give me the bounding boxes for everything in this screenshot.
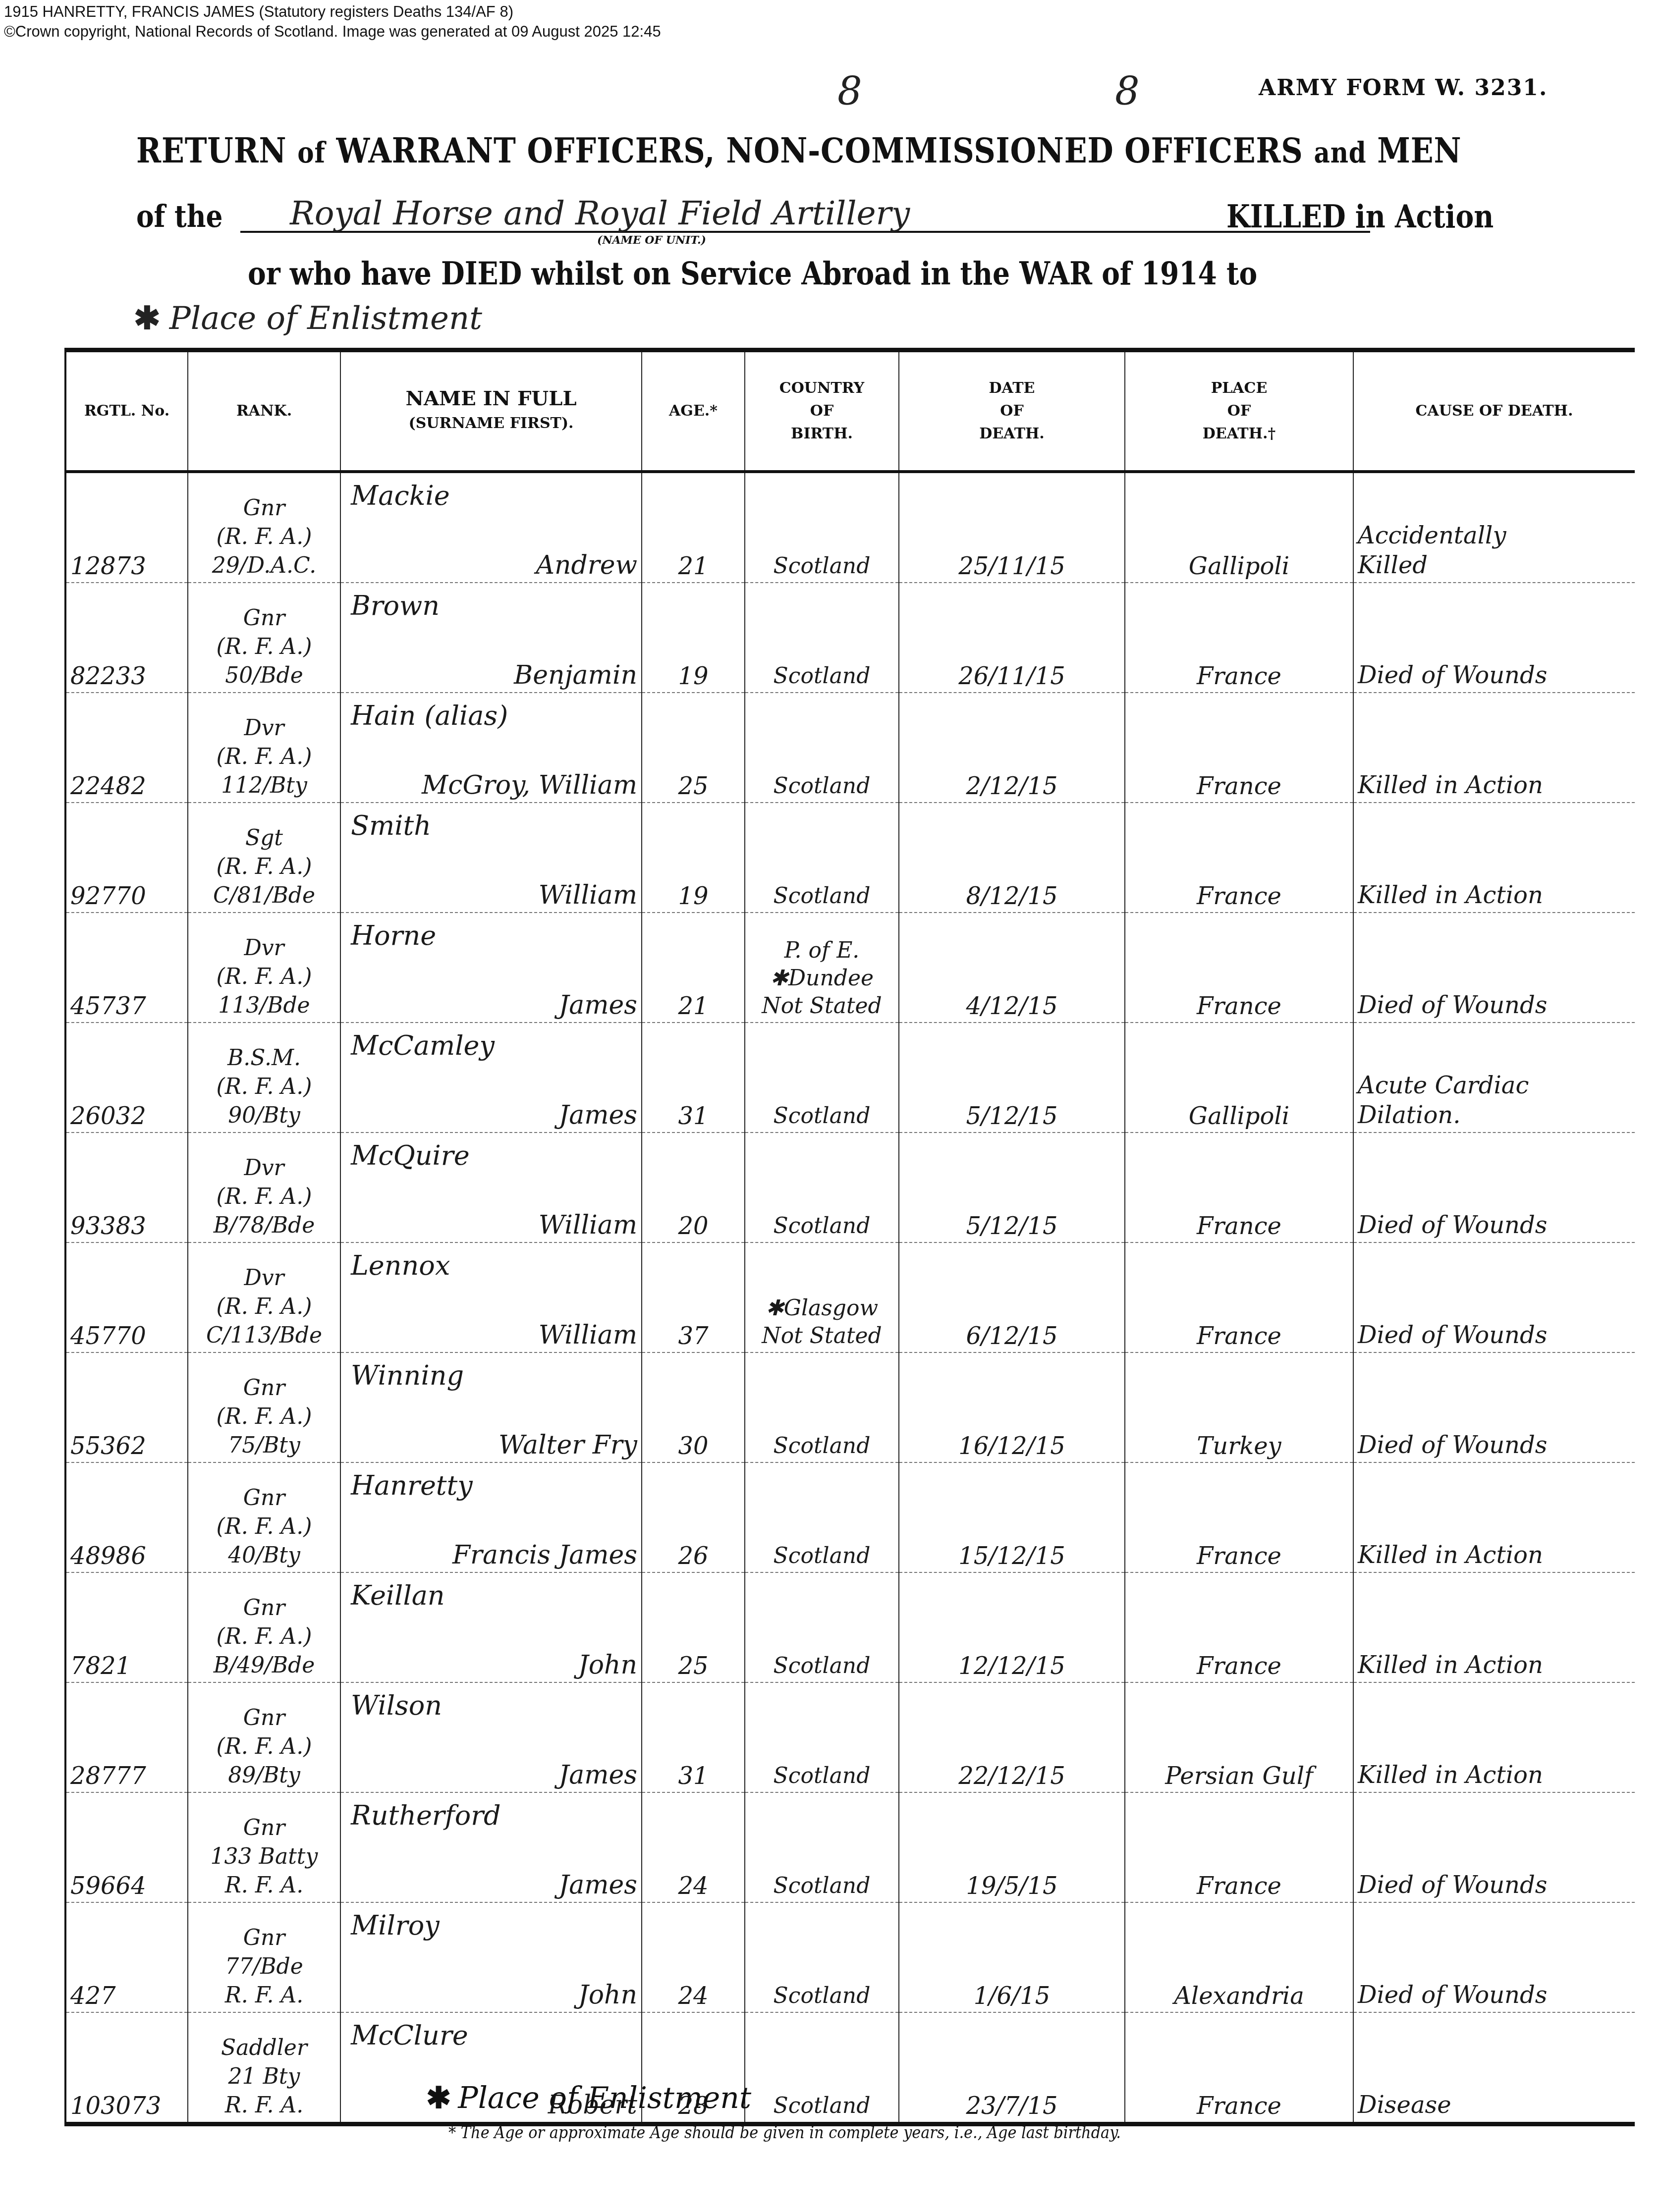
- page-number-right: 8: [1115, 69, 1140, 114]
- cause-line-2: Killed: [1358, 550, 1631, 580]
- place-value: Gallipoli: [1189, 1102, 1289, 1130]
- cell-rank: B.S.M.(R. F. A.)90/Bty: [188, 1023, 340, 1133]
- rank-line-3: R. F. A.: [192, 2091, 336, 2120]
- cell-age: 20: [642, 1133, 745, 1242]
- cell-age: 24: [642, 1902, 745, 2012]
- forename-value: John: [345, 1980, 637, 2010]
- surname-value: Brown: [351, 590, 440, 621]
- rank-line-2: (R. F. A.): [192, 1183, 336, 1211]
- cell-date: 23/7/15: [899, 2012, 1125, 2124]
- cell-rgtl-no: 45737: [65, 913, 188, 1023]
- cell-cause: Killed in Action: [1353, 1682, 1635, 1792]
- cell-country: ✱GlasgowNot Stated: [745, 1242, 899, 1352]
- rank-line-1: Dvr: [192, 1154, 336, 1183]
- rank-line-3: R. F. A.: [192, 1871, 336, 1900]
- rank-line-1: Gnr: [192, 1924, 336, 1952]
- date-value: 1/6/15: [974, 1982, 1051, 2010]
- cell-place: Gallipoli: [1125, 1023, 1353, 1133]
- rgtl-no-value: 12873: [70, 552, 146, 580]
- rgtl-no-value: 93383: [70, 1212, 146, 1240]
- cell-rgtl-no: 103073: [65, 2012, 188, 2124]
- cell-cause: Died of Wounds: [1353, 583, 1635, 693]
- header-date-l1: DATE: [989, 379, 1035, 397]
- cell-name: MackieAndrew: [340, 472, 642, 583]
- cell-cause: Killed in Action: [1353, 1462, 1635, 1572]
- surname-value: Keillan: [351, 1580, 445, 1611]
- header-cause: CAUSE OF DEATH.: [1353, 350, 1635, 472]
- footer-enlistment-text: Place of Enlistment: [458, 2081, 751, 2115]
- rank-line-1: Gnr: [192, 1594, 336, 1622]
- forename-value: Walter Fry: [345, 1430, 637, 1460]
- cell-rank: Gnr(R. F. A.)B/49/Bde: [188, 1572, 340, 1682]
- title-of: of: [297, 136, 325, 169]
- rank-line-2: (R. F. A.): [192, 633, 336, 661]
- age-value: 21: [678, 992, 708, 1020]
- rank-line-2: (R. F. A.): [192, 743, 336, 771]
- cell-date: 1/6/15: [899, 1902, 1125, 2012]
- surname-value: Lennox: [351, 1250, 450, 1281]
- forename-value: James: [345, 1870, 637, 1900]
- cell-rgtl-no: 22482: [65, 693, 188, 803]
- cell-cause: Killed in Action: [1353, 693, 1635, 803]
- cause-line-2: Dilation.: [1358, 1100, 1631, 1130]
- cause-line-1: Acute Cardiac: [1358, 1071, 1631, 1100]
- cell-country: Scotland: [745, 2012, 899, 2124]
- place-value: France: [1197, 2092, 1281, 2120]
- place-value: France: [1197, 882, 1281, 910]
- cell-date: 8/12/15: [899, 803, 1125, 913]
- cause-line-1: Died of Wounds: [1358, 1980, 1631, 2010]
- asterisk-icon: ✱: [134, 300, 161, 337]
- form-title-line1: RETURN of WARRANT OFFICERS, NON-COMMISSI…: [136, 130, 1461, 171]
- country-line-2: ✱Dundee: [749, 965, 894, 992]
- cell-country: Scotland: [745, 1792, 899, 1902]
- rank-line-1: Gnr: [192, 494, 336, 523]
- cell-date: 26/11/15: [899, 583, 1125, 693]
- rgtl-no-value: 45737: [70, 992, 146, 1020]
- age-value: 25: [678, 772, 708, 800]
- country-line-1: Scotland: [749, 1762, 894, 1790]
- header-country-l2: OF: [810, 402, 833, 420]
- age-value: 20: [678, 1212, 708, 1240]
- rgtl-no-value: 59664: [70, 1872, 146, 1900]
- date-value: 23/7/15: [966, 2092, 1057, 2120]
- cell-date: 19/5/15: [899, 1792, 1125, 1902]
- cell-country: Scotland: [745, 1133, 899, 1242]
- age-value: 19: [678, 662, 708, 690]
- header-country-l1: COUNTRY: [779, 379, 864, 397]
- cell-place: France: [1125, 693, 1353, 803]
- table-row: 22482 Dvr(R. F. A.)112/Bty Hain (alias)M…: [65, 693, 1635, 803]
- surname-value: McClure: [351, 2020, 468, 2051]
- age-value: 24: [678, 1982, 708, 2010]
- table-row: 427 Gnr77/BdeR. F. A. MilroyJohn 24 Scot…: [65, 1902, 1635, 2012]
- cell-rank: Gnr(R. F. A.)75/Bty: [188, 1352, 340, 1462]
- header-place-l1: PLACE: [1211, 379, 1268, 397]
- cause-line-1: Died of Wounds: [1358, 1210, 1631, 1240]
- cell-country: Scotland: [745, 693, 899, 803]
- rank-line-1: Gnr: [192, 1484, 336, 1512]
- cell-rgtl-no: 82233: [65, 583, 188, 693]
- age-value: 24: [678, 1872, 708, 1900]
- cell-rgtl-no: 92770: [65, 803, 188, 913]
- rgtl-no-value: 55362: [70, 1432, 146, 1460]
- age-value: 31: [678, 1762, 708, 1790]
- age-value: 37: [678, 1322, 708, 1350]
- date-value: 4/12/15: [966, 992, 1057, 1020]
- header-age: AGE.*: [642, 350, 745, 472]
- cell-date: 6/12/15: [899, 1242, 1125, 1352]
- table-row: 92770 Sgt(R. F. A.)C/81/Bde SmithWilliam…: [65, 803, 1635, 913]
- cell-date: 16/12/15: [899, 1352, 1125, 1462]
- rgtl-no-value: 103073: [70, 2092, 161, 2120]
- country-line-2: Not Stated: [749, 1322, 894, 1350]
- cell-rgtl-no: 55362: [65, 1352, 188, 1462]
- header-name: NAME IN FULL(SURNAME FIRST).: [340, 350, 642, 472]
- cell-age: 31: [642, 1023, 745, 1133]
- title-officers: WARRANT OFFICERS, NON-COMMISSIONED OFFIC…: [336, 130, 1303, 171]
- cell-place: France: [1125, 803, 1353, 913]
- cell-rank: Sgt(R. F. A.)C/81/Bde: [188, 803, 340, 913]
- cell-name: LennoxWilliam: [340, 1242, 642, 1352]
- rank-line-1: Gnr: [192, 1814, 336, 1842]
- rank-line-1: Gnr: [192, 604, 336, 633]
- rank-line-3: R. F. A.: [192, 1981, 336, 2010]
- cell-age: 37: [642, 1242, 745, 1352]
- cause-line-1: Died of Wounds: [1358, 990, 1631, 1020]
- cell-place: Alexandria: [1125, 1902, 1353, 2012]
- casualty-register-table: RGTL. No. RANK. NAME IN FULL(SURNAME FIR…: [64, 348, 1635, 2126]
- age-value: 19: [678, 882, 708, 910]
- date-value: 5/12/15: [966, 1212, 1057, 1240]
- rank-line-3: 75/Bty: [192, 1431, 336, 1460]
- header-rank: RANK.: [188, 350, 340, 472]
- cell-name: McCamleyJames: [340, 1023, 642, 1133]
- rank-line-3: 113/Bde: [192, 991, 336, 1020]
- cell-country: Scotland: [745, 1572, 899, 1682]
- header-date-l3: DEATH.: [979, 425, 1045, 442]
- enlistment-note: ✱Place of Enlistment: [134, 300, 482, 337]
- date-value: 2/12/15: [966, 772, 1057, 800]
- surname-value: Smith: [351, 810, 431, 841]
- cell-rank: Dvr(R. F. A.)113/Bde: [188, 913, 340, 1023]
- cell-name: BrownBenjamin: [340, 583, 642, 693]
- place-value: France: [1197, 1542, 1281, 1570]
- table-row: 93383 Dvr(R. F. A.)B/78/Bde McQuireWilli…: [65, 1133, 1635, 1242]
- cell-date: 12/12/15: [899, 1572, 1125, 1682]
- cell-date: 2/12/15: [899, 693, 1125, 803]
- cell-age: 25: [642, 1572, 745, 1682]
- date-value: 19/5/15: [966, 1872, 1057, 1900]
- cell-place: Persian Gulf: [1125, 1682, 1353, 1792]
- rank-line-2: 133 Batty: [192, 1842, 336, 1871]
- forename-value: Francis James: [345, 1540, 637, 1570]
- cell-country: Scotland: [745, 472, 899, 583]
- cell-cause: Died of Wounds: [1353, 1902, 1635, 2012]
- cell-rgtl-no: 26032: [65, 1023, 188, 1133]
- cell-country: Scotland: [745, 803, 899, 913]
- cell-cause: Killed in Action: [1353, 1572, 1635, 1682]
- cell-rank: Gnr(R. F. A.)89/Bty: [188, 1682, 340, 1792]
- cell-rgtl-no: 93383: [65, 1133, 188, 1242]
- cell-rank: Dvr(R. F. A.)C/113/Bde: [188, 1242, 340, 1352]
- rgtl-no-value: 26032: [70, 1102, 146, 1130]
- age-value: 31: [678, 1102, 708, 1130]
- country-line-1: Scotland: [749, 1872, 894, 1900]
- cause-line-1: Killed in Action: [1358, 880, 1631, 910]
- cell-rank: Dvr(R. F. A.)B/78/Bde: [188, 1133, 340, 1242]
- form-number: ARMY FORM W. 3231.: [1259, 75, 1548, 101]
- cell-date: 5/12/15: [899, 1133, 1125, 1242]
- cause-line-1: Died of Wounds: [1358, 660, 1631, 690]
- rgtl-no-value: 92770: [70, 882, 146, 910]
- header-date: DATEOFDEATH.: [899, 350, 1125, 472]
- cell-country: Scotland: [745, 1352, 899, 1462]
- cell-age: 24: [642, 1792, 745, 1902]
- cell-name: MilroyJohn: [340, 1902, 642, 2012]
- rgtl-no-value: 7821: [70, 1652, 131, 1680]
- cell-name: WinningWalter Fry: [340, 1352, 642, 1462]
- cell-cause: Died of Wounds: [1353, 1242, 1635, 1352]
- rank-line-3: 40/Bty: [192, 1541, 336, 1570]
- surname-value: Milroy: [351, 1910, 440, 1941]
- cell-name: SmithWilliam: [340, 803, 642, 913]
- cell-cause: AccidentallyKilled: [1353, 472, 1635, 583]
- cause-line-1: Died of Wounds: [1358, 1870, 1631, 1900]
- cell-name: HorneJames: [340, 913, 642, 1023]
- rank-line-3: 90/Bty: [192, 1101, 336, 1130]
- surname-value: Hain (alias): [351, 700, 508, 731]
- cell-rgtl-no: 7821: [65, 1572, 188, 1682]
- country-line-1: Scotland: [749, 882, 894, 910]
- date-value: 5/12/15: [966, 1102, 1057, 1130]
- cell-cause: Died of Wounds: [1353, 913, 1635, 1023]
- cause-line-1: Died of Wounds: [1358, 1430, 1631, 1460]
- cell-cause: Died of Wounds: [1353, 1352, 1635, 1462]
- table-header-row: RGTL. No. RANK. NAME IN FULL(SURNAME FIR…: [65, 350, 1635, 472]
- country-line-1: Scotland: [749, 1432, 894, 1460]
- cell-name: Hain (alias)McGroy, William: [340, 693, 642, 803]
- rank-line-3: C/113/Bde: [192, 1321, 336, 1350]
- rank-line-3: 112/Bty: [192, 771, 336, 800]
- cell-place: Turkey: [1125, 1352, 1353, 1462]
- rgtl-no-value: 22482: [70, 772, 146, 800]
- forename-value: Benjamin: [345, 660, 637, 690]
- cause-line-1: Killed in Action: [1358, 770, 1631, 800]
- country-line-1: Scotland: [749, 662, 894, 690]
- place-value: Persian Gulf: [1165, 1762, 1313, 1790]
- country-line-1: Scotland: [749, 1102, 894, 1130]
- rank-line-2: (R. F. A.): [192, 1732, 336, 1761]
- table-row: 82233 Gnr(R. F. A.)50/Bde BrownBenjamin …: [65, 583, 1635, 693]
- unit-name-caption: (NAME OF UNIT.): [597, 234, 706, 247]
- table-row: 12873 Gnr(R. F. A.)29/D.A.C. MackieAndre…: [65, 472, 1635, 583]
- record-title: 1915 HANRETTY, FRANCIS JAMES (Statutory …: [4, 2, 661, 22]
- rank-line-2: (R. F. A.): [192, 1512, 336, 1541]
- rank-line-3: B/78/Bde: [192, 1211, 336, 1240]
- surname-value: Hanretty: [351, 1470, 473, 1501]
- cell-rank: Saddler21 BtyR. F. A.: [188, 2012, 340, 2124]
- table-row: 28777 Gnr(R. F. A.)89/Bty WilsonJames 31…: [65, 1682, 1635, 1792]
- rgtl-no-value: 427: [70, 1982, 116, 2010]
- cell-name: WilsonJames: [340, 1682, 642, 1792]
- table-row: 55362 Gnr(R. F. A.)75/Bty WinningWalter …: [65, 1352, 1635, 1462]
- forename-value: William: [345, 1210, 637, 1240]
- cause-line-1: Accidentally: [1358, 521, 1631, 550]
- cause-line-1: Killed in Action: [1358, 1760, 1631, 1790]
- cell-rgtl-no: 28777: [65, 1682, 188, 1792]
- killed-label: KILLED: [1226, 198, 1346, 235]
- surname-value: McQuire: [351, 1140, 470, 1171]
- date-value: 22/12/15: [958, 1762, 1065, 1790]
- country-line-1: Scotland: [749, 1542, 894, 1570]
- cell-rgtl-no: 427: [65, 1902, 188, 2012]
- footer-age-note: * The Age or approximate Age should be g…: [448, 2123, 1121, 2142]
- rank-line-2: (R. F. A.): [192, 963, 336, 991]
- cell-country: Scotland: [745, 1902, 899, 2012]
- forename-value: James: [345, 1760, 637, 1790]
- cell-cause: Killed in Action: [1353, 803, 1635, 913]
- rgtl-no-value: 48986: [70, 1542, 146, 1570]
- cell-age: 19: [642, 803, 745, 913]
- table-row: 7821 Gnr(R. F. A.)B/49/Bde KeillanJohn 2…: [65, 1572, 1635, 1682]
- cell-age: 21: [642, 472, 745, 583]
- table-body: 12873 Gnr(R. F. A.)29/D.A.C. MackieAndre…: [65, 472, 1635, 2124]
- surname-value: Rutherford: [351, 1800, 501, 1831]
- cell-cause: Disease: [1353, 2012, 1635, 2124]
- header-place-l2: OF: [1227, 402, 1251, 420]
- rank-line-1: Saddler: [192, 2034, 336, 2062]
- forename-value: John: [345, 1650, 637, 1680]
- forename-value: James: [345, 990, 637, 1020]
- rank-line-1: Sgt: [192, 824, 336, 853]
- country-line-1: P. of E.: [749, 937, 894, 965]
- header-name-line2: (SURNAME FIRST).: [408, 415, 573, 432]
- rank-line-3: 29/D.A.C.: [192, 551, 336, 580]
- place-value: Alexandria: [1174, 1982, 1304, 2010]
- cause-line-1: Killed in Action: [1358, 1540, 1631, 1570]
- date-value: 25/11/15: [958, 552, 1065, 580]
- date-value: 16/12/15: [958, 1432, 1065, 1460]
- surname-value: Wilson: [351, 1690, 442, 1721]
- age-value: 21: [678, 552, 708, 580]
- asterisk-icon: ✱: [426, 2081, 451, 2115]
- table-row: 103073 Saddler21 BtyR. F. A. McClureRobe…: [65, 2012, 1635, 2124]
- forename-value: James: [345, 1100, 637, 1130]
- cell-name: KeillanJohn: [340, 1572, 642, 1682]
- table-row: 45737 Dvr(R. F. A.)113/Bde HorneJames 21…: [65, 913, 1635, 1023]
- cell-name: RutherfordJames: [340, 1792, 642, 1902]
- country-line-1: Scotland: [749, 2092, 894, 2120]
- cell-country: Scotland: [745, 583, 899, 693]
- date-value: 15/12/15: [958, 1542, 1065, 1570]
- rank-line-2: 77/Bde: [192, 1952, 336, 1981]
- cell-place: France: [1125, 1572, 1353, 1682]
- cell-date: 25/11/15: [899, 472, 1125, 583]
- rgtl-no-value: 82233: [70, 662, 146, 690]
- date-value: 8/12/15: [966, 882, 1057, 910]
- in-action-label: in Action: [1355, 198, 1494, 235]
- header-country: COUNTRYOFBIRTH.: [745, 350, 899, 472]
- title-return: RETURN: [136, 130, 286, 171]
- cell-date: 22/12/15: [899, 1682, 1125, 1792]
- cell-country: Scotland: [745, 1023, 899, 1133]
- title-and: and: [1314, 136, 1366, 169]
- cell-age: 21: [642, 913, 745, 1023]
- cell-name: McQuireWilliam: [340, 1133, 642, 1242]
- cell-rgtl-no: 48986: [65, 1462, 188, 1572]
- rgtl-no-value: 45770: [70, 1322, 146, 1350]
- date-value: 6/12/15: [966, 1322, 1057, 1350]
- cell-place: France: [1125, 1242, 1353, 1352]
- country-line-3: Not Stated: [749, 992, 894, 1020]
- cell-rank: Gnr77/BdeR. F. A.: [188, 1902, 340, 2012]
- country-line-1: ✱Glasgow: [749, 1295, 894, 1322]
- place-value: France: [1197, 1322, 1281, 1350]
- place-value: France: [1197, 1872, 1281, 1900]
- cause-line-1: Killed in Action: [1358, 1650, 1631, 1680]
- surname-value: Mackie: [351, 480, 450, 511]
- cell-place: France: [1125, 1133, 1353, 1242]
- place-value: France: [1197, 992, 1281, 1020]
- rank-line-1: Gnr: [192, 1704, 336, 1732]
- age-value: 25: [678, 1652, 708, 1680]
- cell-rgtl-no: 45770: [65, 1242, 188, 1352]
- killed-in-action-label: KILLED in Action: [1226, 198, 1494, 235]
- country-line-1: Scotland: [749, 772, 894, 800]
- place-value: France: [1197, 662, 1281, 690]
- rank-line-3: 50/Bde: [192, 661, 336, 690]
- header-place-l3: DEATH.†: [1203, 425, 1275, 442]
- rank-line-2: (R. F. A.): [192, 1622, 336, 1651]
- cell-rank: Gnr133 BattyR. F. A.: [188, 1792, 340, 1902]
- cell-rank: Gnr(R. F. A.)29/D.A.C.: [188, 472, 340, 583]
- enlistment-note-text: Place of Enlistment: [169, 300, 482, 337]
- rank-line-3: B/49/Bde: [192, 1651, 336, 1680]
- title-men: MEN: [1377, 130, 1461, 171]
- rank-line-2: 21 Bty: [192, 2062, 336, 2091]
- cell-date: 4/12/15: [899, 913, 1125, 1023]
- place-value: France: [1197, 1652, 1281, 1680]
- rank-line-1: Gnr: [192, 1374, 336, 1403]
- country-line-1: Scotland: [749, 1652, 894, 1680]
- table-row: 48986 Gnr(R. F. A.)40/Bty HanrettyFranci…: [65, 1462, 1635, 1572]
- place-value: France: [1197, 772, 1281, 800]
- table-row: 26032 B.S.M.(R. F. A.)90/Bty McCamleyJam…: [65, 1023, 1635, 1133]
- cell-place: France: [1125, 2012, 1353, 2124]
- header-rgtl-no: RGTL. No.: [65, 350, 188, 472]
- forename-value: Andrew: [345, 550, 637, 580]
- header-country-l3: BIRTH.: [791, 425, 853, 442]
- table-row: 45770 Dvr(R. F. A.)C/113/Bde LennoxWilli…: [65, 1242, 1635, 1352]
- cell-date: 5/12/15: [899, 1023, 1125, 1133]
- cell-rank: Gnr(R. F. A.)50/Bde: [188, 583, 340, 693]
- place-value: Gallipoli: [1189, 552, 1289, 580]
- forename-value: William: [345, 880, 637, 910]
- cell-age: 19: [642, 583, 745, 693]
- surname-value: McCamley: [351, 1030, 495, 1061]
- rank-line-2: (R. F. A.): [192, 1403, 336, 1431]
- cell-age: 26: [642, 1462, 745, 1572]
- rank-line-2: (R. F. A.): [192, 1293, 336, 1321]
- cell-country: Scotland: [745, 1682, 899, 1792]
- country-line-1: Scotland: [749, 1982, 894, 2010]
- form-title-line3: or who have DIED whilst on Service Abroa…: [248, 255, 1257, 292]
- age-value: 30: [678, 1432, 708, 1460]
- header-place: PLACEOFDEATH.†: [1125, 350, 1353, 472]
- forename-value: William: [345, 1320, 637, 1350]
- cell-date: 15/12/15: [899, 1462, 1125, 1572]
